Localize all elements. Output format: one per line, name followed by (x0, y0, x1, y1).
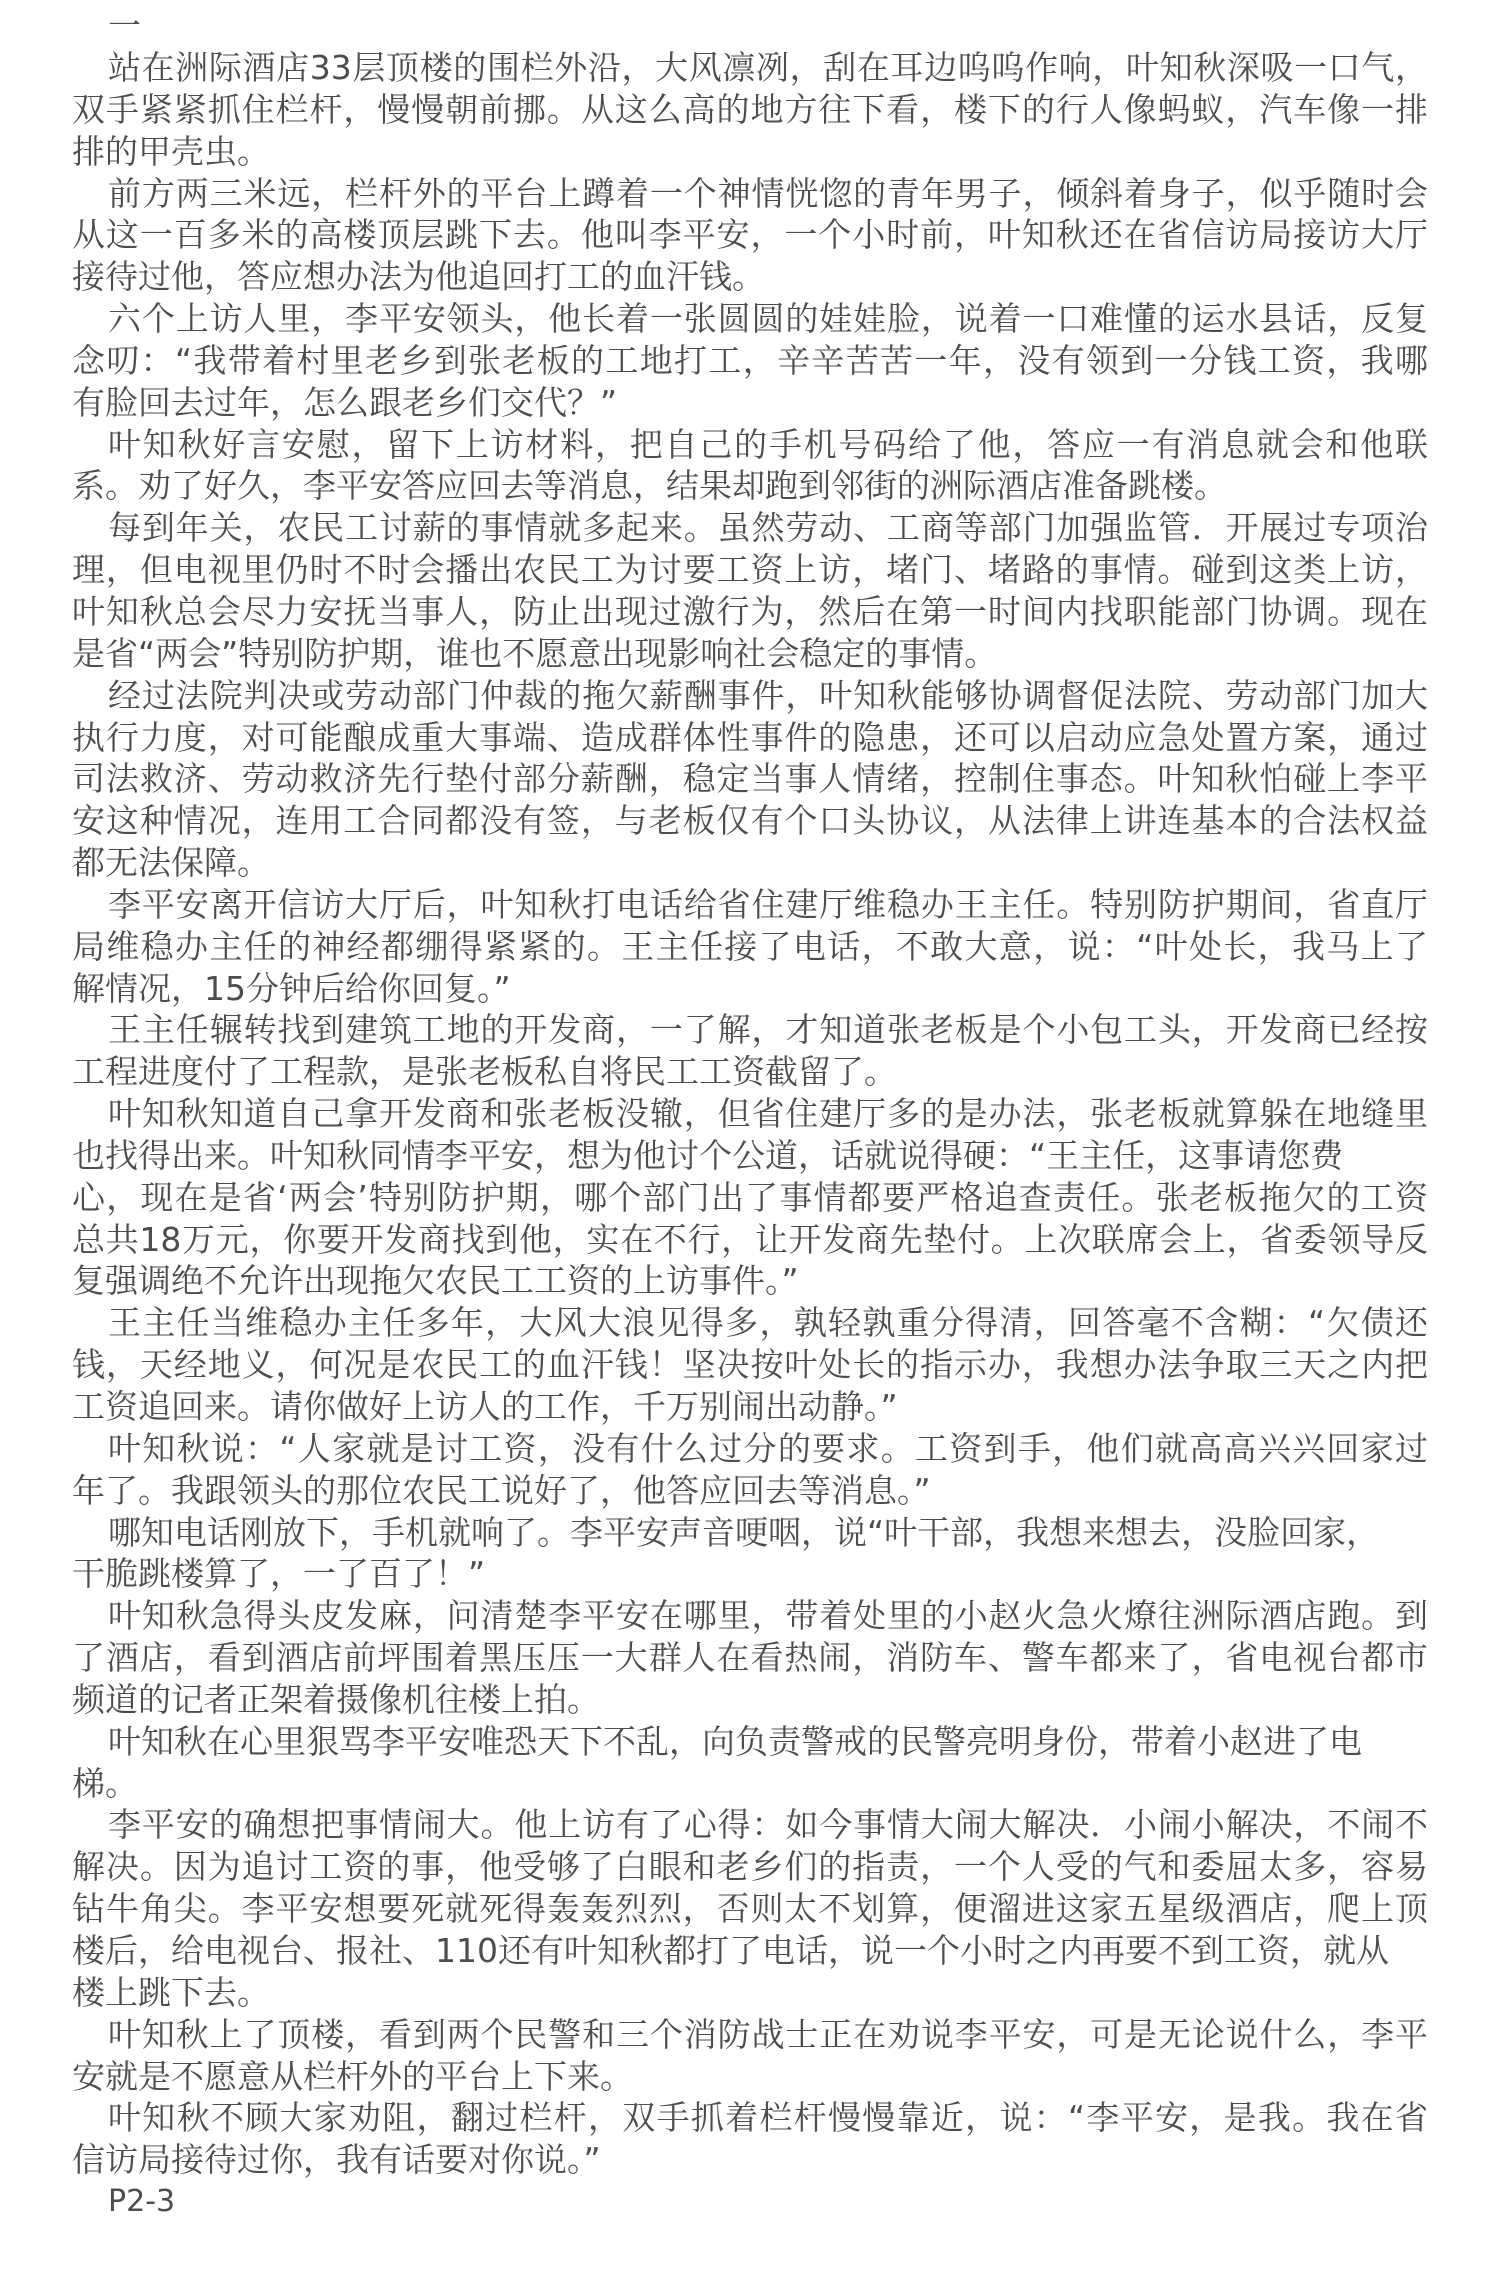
paragraph-first-line: 哪知电话刚放下，手机就响了。李平安声音哽咽，说“叶干部，我想来想去，没脸回家， (108, 1512, 1428, 1554)
paragraph-line: 双手紧紧抓住栏杆，慢慢朝前挪。从这么高的地方往下看，楼下的行人像蚂蚁，汽车像一排 (72, 89, 1428, 131)
paragraph-line: 解情况，15分钟后给你回复。” (72, 968, 1428, 1010)
paragraph-line: 钱，天经地义，何况是农民工的血汗钱！坚决按叶处长的指示办，我想办法争取三天之内把 (72, 1344, 1428, 1386)
paragraph-line: 念叨：“我带着村里老乡到张老板的工地打工，辛辛苦苦一年，没有领到一分钱工资，我哪 (72, 340, 1428, 382)
story-text: 站在洲际酒店33层顶楼的围栏外沿，大风凛冽，刮在耳边呜呜作响，叶知秋深吸一口气，… (0, 47, 1500, 2223)
paragraph-line: 从这一百多米的高楼顶层跳下去。他叫李平安，一个小时前，叶知秋还在省信访局接访大厅 (72, 214, 1428, 256)
paragraph-line: 叶知秋总会尽力安抚当事人，防止出现过激行为，然后在第一时间内找职能部门协调。现在 (72, 591, 1428, 633)
paragraph-line: 楼后，给电视台、报社、110还有叶知秋都打了电话，说一个小时之内再要不到工资，就… (72, 1930, 1428, 1972)
paragraph-line: 接待过他，答应想办法为他追回打工的血汗钱。 (72, 256, 1428, 298)
paragraph-first-line: 经过法院判决或劳动部门仲裁的拖欠薪酬事件，叶知秋能够协调督促法院、劳动部门加大 (108, 675, 1428, 717)
paragraph-first-line: 六个上访人里，李平安领头，他长着一张圆圆的娃娃脸，说着一口难懂的运水县话，反复 (108, 298, 1428, 340)
paragraph-line: 年了。我跟领头的那位农民工说好了，他答应回去等消息。” (72, 1470, 1428, 1512)
paragraph-line: 也找得出来。叶知秋同情李平安，想为他讨个公道，话就说得硬：“王主任，这事请您费 (72, 1135, 1428, 1177)
paragraph-first-line: 叶知秋不顾大家劝阻，翻过栏杆，双手抓着栏杆慢慢靠近，说：“李平安，是我。我在省 (108, 2097, 1428, 2139)
paragraph-line: 梯。 (72, 1763, 1428, 1805)
paragraph-first-line: 王主任当维稳办主任多年，大风大浪见得多，孰轻孰重分得清，回答毫不含糊：“欠债还 (108, 1302, 1428, 1344)
paragraph-first-line: 李平安的确想把事情闹大。他上访有了心得：如今事情大闹大解决．小闹小解决，不闹不 (108, 1804, 1428, 1846)
paragraph-line: 司法救济、劳动救济先行垫付部分薪酬，稳定当事人情绪，控制住事态。叶知秋怕碰上李平 (72, 758, 1428, 800)
paragraph-first-line: 每到年关，农民工讨薪的事情就多起来。虽然劳动、工商等部门加强监管．开展过专项治 (108, 507, 1428, 549)
paragraph-line: 系。劝了好久，李平安答应回去等消息，结果却跑到邻街的洲际酒店准备跳楼。 (72, 465, 1428, 507)
chapter-number: 一 (108, 6, 141, 46)
paragraph-line: 排的甲壳虫。 (72, 131, 1428, 173)
paragraph-line: 局维稳办主任的神经都绷得紧紧的。王主任接了电话，不敢大意，说：“叶处长，我马上了 (72, 926, 1428, 968)
paragraph-first-line: 叶知秋上了顶楼，看到两个民警和三个消防战士正在劝说李平安，可是无论说什么，李平 (108, 2014, 1428, 2056)
document-page: 一 站在洲际酒店33层顶楼的围栏外沿，大风凛冽，刮在耳边呜呜作响，叶知秋深吸一口… (0, 0, 1500, 2288)
paragraph-first-line: 前方两三米远，栏杆外的平台上蹲着一个神情恍惚的青年男子，倾斜着身子，似乎随时会 (108, 173, 1428, 215)
paragraph-line: 了酒店，看到酒店前坪围着黑压压一大群人在看热闹，消防车、警车都来了，省电视台都市 (72, 1637, 1428, 1679)
paragraph-first-line: 站在洲际酒店33层顶楼的围栏外沿，大风凛冽，刮在耳边呜呜作响，叶知秋深吸一口气， (108, 47, 1428, 89)
paragraph-first-line: 叶知秋急得头皮发麻，问清楚李平安在哪里，带着处里的小赵火急火燎往洲际酒店跑。到 (108, 1595, 1428, 1637)
paragraph-line: 复强调绝不允许出现拖欠农民工工资的上访事件。” (72, 1260, 1428, 1302)
paragraph-first-line: 叶知秋知道自己拿开发商和张老板没辙，但省住建厅多的是办法，张老板就算躲在地缝里 (108, 1093, 1428, 1135)
paragraph-line: 工程进度付了工程款，是张老板私自将民工工资截留了。 (72, 1051, 1428, 1093)
paragraph-line: 是省“两会”特别防护期，谁也不愿意出现影响社会稳定的事情。 (72, 633, 1428, 675)
paragraph-line: 楼上跳下去。 (72, 1972, 1428, 2014)
paragraph-line: 钻牛角尖。李平安想要死就死得轰轰烈烈，否则太不划算，便溜进这家五星级酒店，爬上顶 (72, 1888, 1428, 1930)
paragraph-line: 总共18万元，你要开发商找到他，实在不行，让开发商先垫付。上次联席会上，省委领导… (72, 1219, 1428, 1261)
paragraph-line: 解决。因为追讨工资的事，他受够了白眼和老乡们的指责，一个人受的气和委屈太多，容易 (72, 1846, 1428, 1888)
paragraph-line: 频道的记者正架着摄像机往楼上拍。 (72, 1679, 1428, 1721)
page-reference: P2-3 (108, 2181, 1500, 2223)
paragraph-first-line: 叶知秋好言安慰，留下上访材料，把自己的手机号码给了他，答应一有消息就会和他联 (108, 424, 1428, 466)
paragraph-line: 执行力度，对可能酿成重大事端、造成群体性事件的隐患，还可以启动应急处置方案，通过 (72, 717, 1428, 759)
paragraph-line: 心，现在是省‘两会’特别防护期，哪个部门出了事情都要严格追查责任。张老板拖欠的工… (72, 1177, 1428, 1219)
paragraph-first-line: 李平安离开信访大厅后，叶知秋打电话给省住建厅维稳办王主任。特别防护期间，省直厅 (108, 884, 1428, 926)
paragraph-first-line: 叶知秋在心里狠骂李平安唯恐天下不乱，向负责警戒的民警亮明身份，带着小赵进了电 (108, 1721, 1428, 1763)
paragraph-line: 有脸回去过年，怎么跟老乡们交代？” (72, 382, 1428, 424)
paragraph-line: 都无法保障。 (72, 842, 1428, 884)
paragraph-first-line: 王主任辗转找到建筑工地的开发商，一了解，才知道张老板是个小包工头，开发商已经按 (108, 1009, 1428, 1051)
paragraph-line: 干脆跳楼算了，一了百了！” (72, 1553, 1428, 1595)
paragraph-first-line: 叶知秋说：“人家就是讨工资，没有什么过分的要求。工资到手，他们就高高兴兴回家过 (108, 1428, 1428, 1470)
paragraph-line: 信访局接待过你，我有话要对你说。” (72, 2139, 1428, 2181)
paragraph-line: 理，但电视里仍时不时会播出农民工为讨要工资上访，堵门、堵路的事情。碰到这类上访， (72, 549, 1428, 591)
paragraph-line: 安这种情况，连用工合同都没有签，与老板仅有个口头协议，从法律上讲连基本的合法权益 (72, 800, 1428, 842)
paragraph-line: 工资追回来。请你做好上访人的工作，千万别闹出动静。” (72, 1386, 1428, 1428)
paragraph-line: 安就是不愿意从栏杆外的平台上下来。 (72, 2056, 1428, 2098)
